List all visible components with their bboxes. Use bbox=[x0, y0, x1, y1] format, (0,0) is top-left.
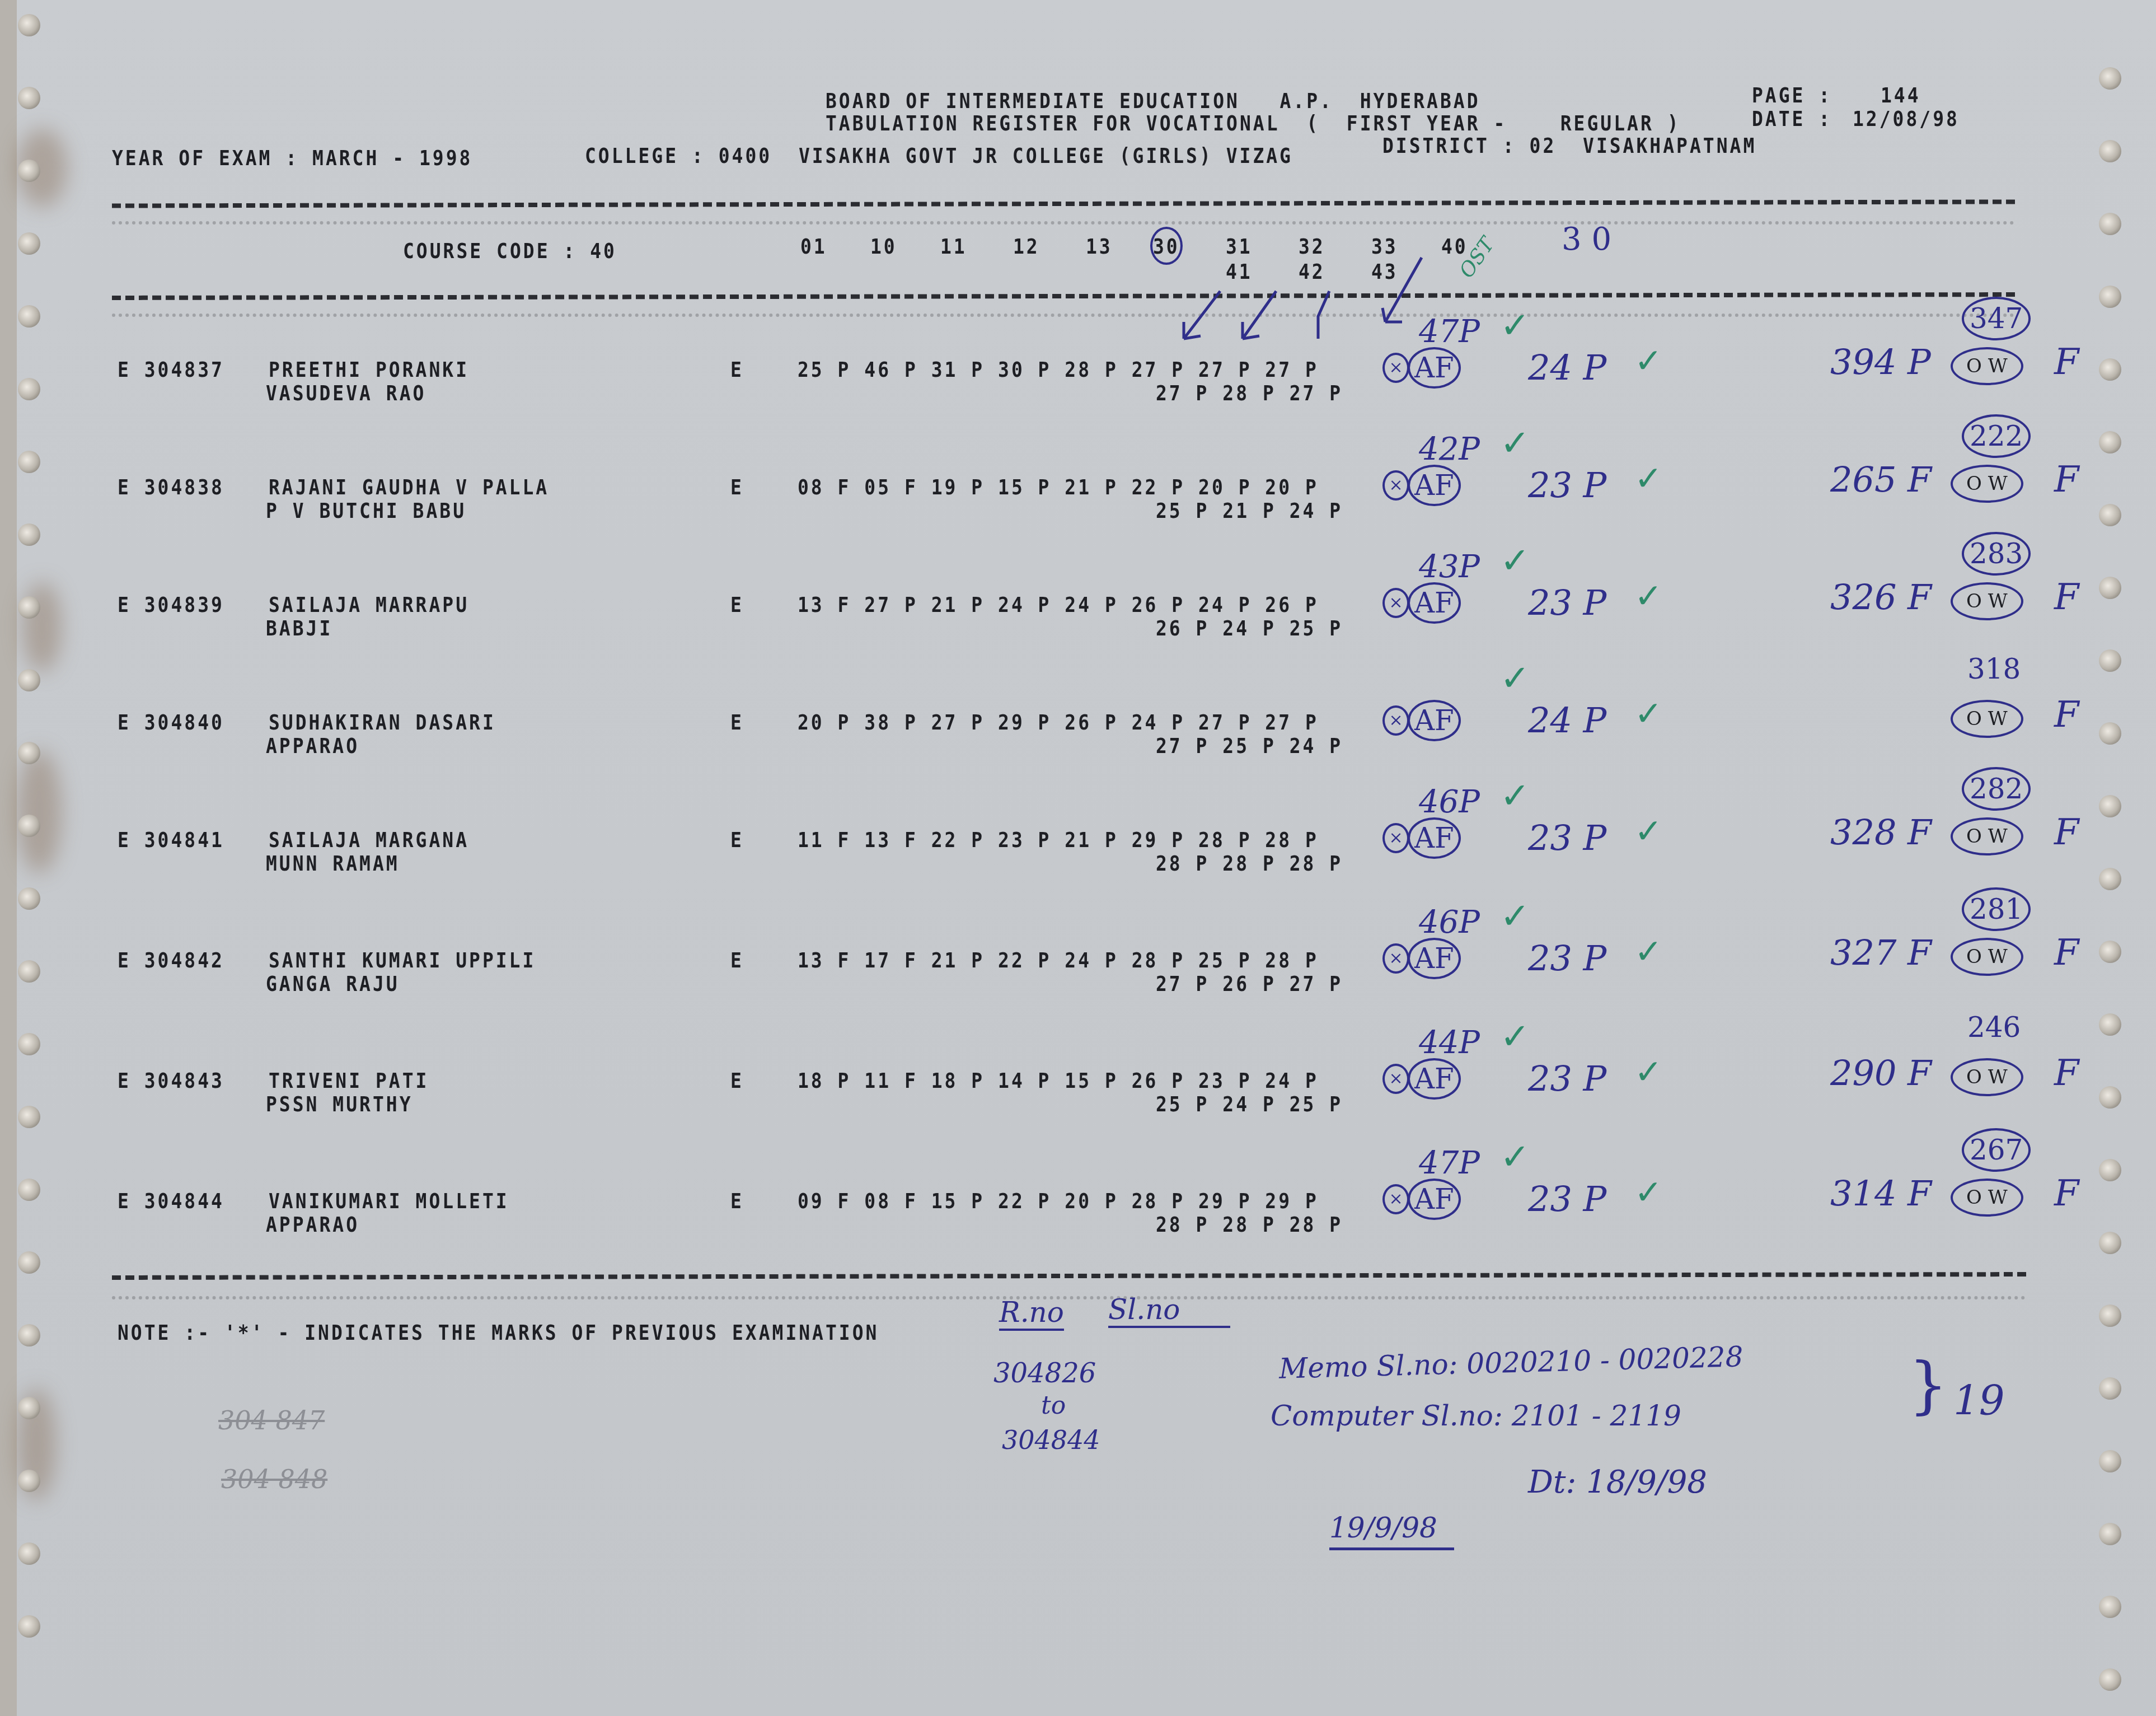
x-mark-icon: × bbox=[1382, 705, 1409, 736]
punch-hole bbox=[18, 523, 40, 546]
punch-hole bbox=[2099, 1668, 2121, 1691]
student-name: SUDHAKIRAN DASARI bbox=[269, 709, 496, 735]
af-marker: AF bbox=[1408, 938, 1461, 979]
ost-marks: 42P bbox=[1419, 431, 1480, 467]
medium: E bbox=[730, 357, 744, 382]
marks-row-2: 27 P 25 P 24 P bbox=[1156, 733, 1343, 758]
check-icon: ✓ bbox=[1634, 459, 1662, 498]
father-name: MUNN RAMAM bbox=[266, 850, 400, 876]
marks-row-2: 28 P 28 P 28 P bbox=[1156, 1212, 1343, 1237]
grand-total: 290 F bbox=[1830, 1053, 1932, 1093]
marks-row-1: 11 F 13 F 22 P 23 P 21 P 29 P 28 P 28 P bbox=[798, 827, 1319, 852]
dispatch-date: Dt: 18/9/98 bbox=[1528, 1464, 1707, 1500]
punch-hole bbox=[2099, 1013, 2121, 1036]
memo-serial-range: Memo Sl.no: 0020210 - 0020228 bbox=[1278, 1340, 1743, 1385]
punch-hole bbox=[2099, 1523, 2121, 1545]
column-30-marks: 23 P bbox=[1528, 582, 1606, 623]
punch-hole bbox=[18, 815, 40, 837]
medium: E bbox=[730, 947, 744, 972]
check-icon: ✓ bbox=[1634, 694, 1662, 733]
ow-marker: O W bbox=[1951, 1179, 2023, 1217]
punch-hole bbox=[2099, 577, 2121, 599]
column-30-marks: 23 P bbox=[1528, 1179, 1606, 1219]
ow-marker: O W bbox=[1951, 465, 2023, 503]
marks-row-2: 25 P 24 P 25 P bbox=[1156, 1091, 1343, 1116]
punch-hole bbox=[2099, 431, 2121, 453]
student-name: SAILAJA MARRAPU bbox=[269, 592, 469, 617]
father-name: BABJI bbox=[266, 615, 332, 640]
revised-total: 318 bbox=[1962, 649, 2026, 689]
result-mark: F bbox=[2054, 577, 2079, 618]
slno-label: Sl.no bbox=[1108, 1293, 1230, 1328]
result-mark: F bbox=[2054, 342, 2079, 383]
marks-row-1: 20 P 38 P 27 P 29 P 26 P 24 P 27 P 27 P bbox=[798, 709, 1319, 735]
af-marker: AF bbox=[1408, 1058, 1461, 1100]
revised-total: 283 bbox=[1962, 532, 2031, 576]
check-icon: ✓ bbox=[1634, 577, 1662, 616]
revised-total: 282 bbox=[1962, 767, 2031, 811]
marks-row-1: 13 F 17 F 21 P 22 P 24 P 28 P 25 P 28 P bbox=[798, 947, 1319, 972]
student-name: VANIKUMARI MOLLETI bbox=[269, 1188, 509, 1213]
stain bbox=[17, 750, 62, 873]
student-name: RAJANI GAUDHA V PALLA bbox=[269, 474, 549, 499]
ow-marker: O W bbox=[1951, 700, 2023, 738]
grand-total: 326 F bbox=[1830, 577, 1932, 618]
hall-ticket-number: E 304839 bbox=[118, 592, 224, 617]
medium: E bbox=[730, 827, 744, 852]
hall-ticket-number: E 304837 bbox=[118, 357, 224, 382]
punch-hole bbox=[18, 1033, 40, 1055]
check-icon: ✓ bbox=[1500, 775, 1530, 817]
punch-hole bbox=[2099, 1232, 2121, 1254]
revised-total: 267 bbox=[1962, 1128, 2031, 1172]
medium: E bbox=[730, 1188, 744, 1213]
punch-hole bbox=[18, 1106, 40, 1128]
divider-ghost bbox=[112, 1296, 2026, 1299]
marks-row-2: 25 P 21 P 24 P bbox=[1156, 498, 1343, 523]
result-mark: F bbox=[2054, 1173, 2079, 1214]
result-mark: F bbox=[2054, 694, 2079, 736]
column-30-marks: 24 P bbox=[1528, 347, 1606, 388]
hall-ticket-number: E 304840 bbox=[118, 709, 224, 735]
punch-hole bbox=[2099, 1377, 2121, 1400]
check-icon: ✓ bbox=[1634, 932, 1662, 971]
punch-hole bbox=[2099, 1304, 2121, 1327]
father-name: VASUDEVA RAO bbox=[266, 380, 426, 405]
marks-row-2: 27 P 28 P 27 P bbox=[1156, 380, 1343, 405]
x-mark-icon: × bbox=[1382, 353, 1409, 383]
punch-hole bbox=[18, 596, 40, 619]
check-icon: ✓ bbox=[1634, 1173, 1662, 1212]
punch-hole bbox=[2099, 504, 2121, 526]
column-30-marks: 23 P bbox=[1528, 1058, 1606, 1099]
check-icon: ✓ bbox=[1500, 1137, 1530, 1178]
af-marker: AF bbox=[1408, 1179, 1461, 1220]
pen-arrows bbox=[17, 0, 2156, 392]
ost-marks: 47P bbox=[1419, 314, 1480, 350]
punch-hole bbox=[18, 1542, 40, 1565]
ost-marks: 46P bbox=[1419, 904, 1480, 941]
hall-ticket-number: E 304842 bbox=[118, 947, 224, 972]
hall-ticket-number: E 304838 bbox=[118, 474, 224, 499]
footer-note: NOTE :- '*' - INDICATES THE MARKS OF PRE… bbox=[118, 1320, 879, 1345]
struck-hall-ticket-1: 304 847 bbox=[218, 1405, 325, 1436]
student-name: SAILAJA MARGANA bbox=[269, 827, 469, 852]
father-name: APPARAO bbox=[266, 1212, 359, 1237]
punch-hole bbox=[18, 1615, 40, 1638]
tabulation-sheet: BOARD OF INTERMEDIATE EDUCATION A.P. HYD… bbox=[17, 0, 2156, 1716]
af-marker: AF bbox=[1408, 817, 1461, 859]
rno-label: R.no bbox=[999, 1296, 1064, 1331]
x-mark-icon: × bbox=[1382, 588, 1409, 618]
marks-row-2: 28 P 28 P 28 P bbox=[1156, 850, 1343, 876]
result-mark: F bbox=[2054, 932, 2079, 974]
ow-marker: O W bbox=[1951, 1058, 2023, 1096]
af-marker: AF bbox=[1408, 347, 1461, 389]
range-from: 304826 bbox=[993, 1358, 1096, 1389]
grand-total: 327 F bbox=[1830, 932, 1932, 973]
brace-icon: } bbox=[1909, 1349, 1948, 1421]
punch-hole bbox=[18, 1251, 40, 1274]
range-to-word: to bbox=[1041, 1391, 1066, 1420]
punch-hole bbox=[18, 1470, 40, 1492]
grand-total: 314 F bbox=[1830, 1173, 1932, 1214]
stain bbox=[22, 582, 62, 672]
father-name: P V BUTCHI BABU bbox=[266, 498, 466, 523]
revised-total: 222 bbox=[1962, 414, 2031, 458]
ost-marks: 47P bbox=[1419, 1145, 1480, 1181]
check-icon: ✓ bbox=[1500, 1016, 1530, 1058]
check-icon: ✓ bbox=[1634, 812, 1662, 851]
ost-marks: 46P bbox=[1419, 784, 1480, 820]
result-mark: F bbox=[2054, 459, 2079, 501]
marks-row-1: 09 F 08 F 15 P 22 P 20 P 28 P 29 P 29 P bbox=[798, 1188, 1319, 1213]
check-icon: ✓ bbox=[1500, 540, 1530, 582]
student-name: SANTHI KUMARI UPPILI bbox=[269, 947, 536, 972]
check-icon: ✓ bbox=[1500, 896, 1530, 937]
x-mark-icon: × bbox=[1382, 470, 1409, 501]
af-marker: AF bbox=[1408, 465, 1461, 506]
punch-hole bbox=[2099, 1159, 2121, 1181]
grand-total: 394 P bbox=[1830, 342, 1931, 382]
marks-row-2: 27 P 26 P 27 P bbox=[1156, 971, 1343, 996]
marks-row-1: 08 F 05 F 19 P 15 P 21 P 22 P 20 P 20 P bbox=[798, 474, 1319, 499]
check-icon: ✓ bbox=[1500, 658, 1530, 699]
student-name: PREETHI PORANKI bbox=[269, 357, 469, 382]
punch-hole bbox=[2099, 1086, 2121, 1109]
result-mark: F bbox=[2054, 812, 2079, 853]
range-to: 304844 bbox=[1002, 1425, 1100, 1455]
medium: E bbox=[730, 474, 744, 499]
punch-hole bbox=[18, 742, 40, 764]
x-mark-icon: × bbox=[1382, 1064, 1409, 1094]
father-name: GANGA RAJU bbox=[266, 971, 400, 996]
ost-marks: 43P bbox=[1419, 549, 1480, 585]
marks-row-1: 18 P 11 F 18 P 14 P 15 P 26 P 23 P 24 P bbox=[798, 1068, 1319, 1093]
result-mark: F bbox=[2054, 1053, 2079, 1094]
punch-hole bbox=[18, 887, 40, 910]
punch-hole bbox=[2099, 649, 2121, 672]
column-30-marks: 23 P bbox=[1528, 817, 1606, 858]
ost-marks: 44P bbox=[1419, 1025, 1480, 1061]
medium: E bbox=[730, 1068, 744, 1093]
hall-ticket-number: E 304844 bbox=[118, 1188, 224, 1213]
grand-total: 328 F bbox=[1830, 812, 1932, 853]
punch-hole bbox=[18, 1397, 40, 1419]
medium: E bbox=[730, 592, 744, 617]
af-marker: AF bbox=[1408, 582, 1461, 624]
punch-hole bbox=[2099, 722, 2121, 745]
punch-hole bbox=[2099, 941, 2121, 963]
marks-row-1: 25 P 46 P 31 P 30 P 28 P 27 P 27 P 27 P bbox=[798, 357, 1319, 382]
punch-hole bbox=[18, 451, 40, 473]
check-icon: ✓ bbox=[1500, 305, 1530, 347]
student-name: TRIVENI PATI bbox=[269, 1068, 429, 1093]
revised-total: 347 bbox=[1962, 297, 2031, 340]
ow-marker: O W bbox=[1951, 582, 2023, 620]
medium: E bbox=[730, 709, 744, 735]
punch-hole bbox=[2099, 795, 2121, 817]
punch-hole bbox=[2099, 1596, 2121, 1618]
father-name: PSSN MURTHY bbox=[266, 1091, 413, 1116]
x-mark-icon: × bbox=[1382, 823, 1409, 853]
grand-total: 265 F bbox=[1830, 459, 1932, 500]
column-30-marks: 23 P bbox=[1528, 938, 1606, 979]
punch-hole bbox=[2099, 1450, 2121, 1472]
ow-marker: O W bbox=[1951, 938, 2023, 976]
total-count: 19 bbox=[1953, 1377, 2005, 1424]
signature-date: 19/9/98 bbox=[1329, 1512, 1454, 1550]
punch-hole bbox=[18, 1179, 40, 1201]
column-30-marks: 24 P bbox=[1528, 700, 1606, 741]
column-30-marks: 23 P bbox=[1528, 465, 1606, 506]
check-icon: ✓ bbox=[1634, 1053, 1662, 1092]
check-icon: ✓ bbox=[1634, 342, 1662, 381]
punch-hole bbox=[18, 1324, 40, 1346]
computer-serial-range: Computer Sl.no: 2101 - 2119 bbox=[1271, 1400, 1681, 1432]
revised-total: 246 bbox=[1962, 1008, 2026, 1047]
father-name: APPARAO bbox=[266, 733, 359, 758]
ow-marker: O W bbox=[1951, 817, 2023, 855]
punch-hole bbox=[18, 960, 40, 983]
marks-row-1: 13 F 27 P 21 P 24 P 24 P 26 P 24 P 26 P bbox=[798, 592, 1319, 617]
af-marker: AF bbox=[1408, 700, 1461, 741]
check-icon: ✓ bbox=[1500, 423, 1530, 464]
divider bbox=[112, 1272, 2026, 1280]
hall-ticket-number: E 304843 bbox=[118, 1068, 224, 1093]
x-mark-icon: × bbox=[1382, 943, 1409, 974]
ow-marker: O W bbox=[1951, 347, 2023, 385]
hall-ticket-number: E 304841 bbox=[118, 827, 224, 852]
punch-hole bbox=[2099, 868, 2121, 890]
marks-row-2: 26 P 24 P 25 P bbox=[1156, 615, 1343, 640]
struck-hall-ticket-2: 304 848 bbox=[221, 1464, 327, 1494]
x-mark-icon: × bbox=[1382, 1184, 1409, 1214]
revised-total: 281 bbox=[1962, 887, 2031, 931]
punch-hole bbox=[18, 669, 40, 691]
